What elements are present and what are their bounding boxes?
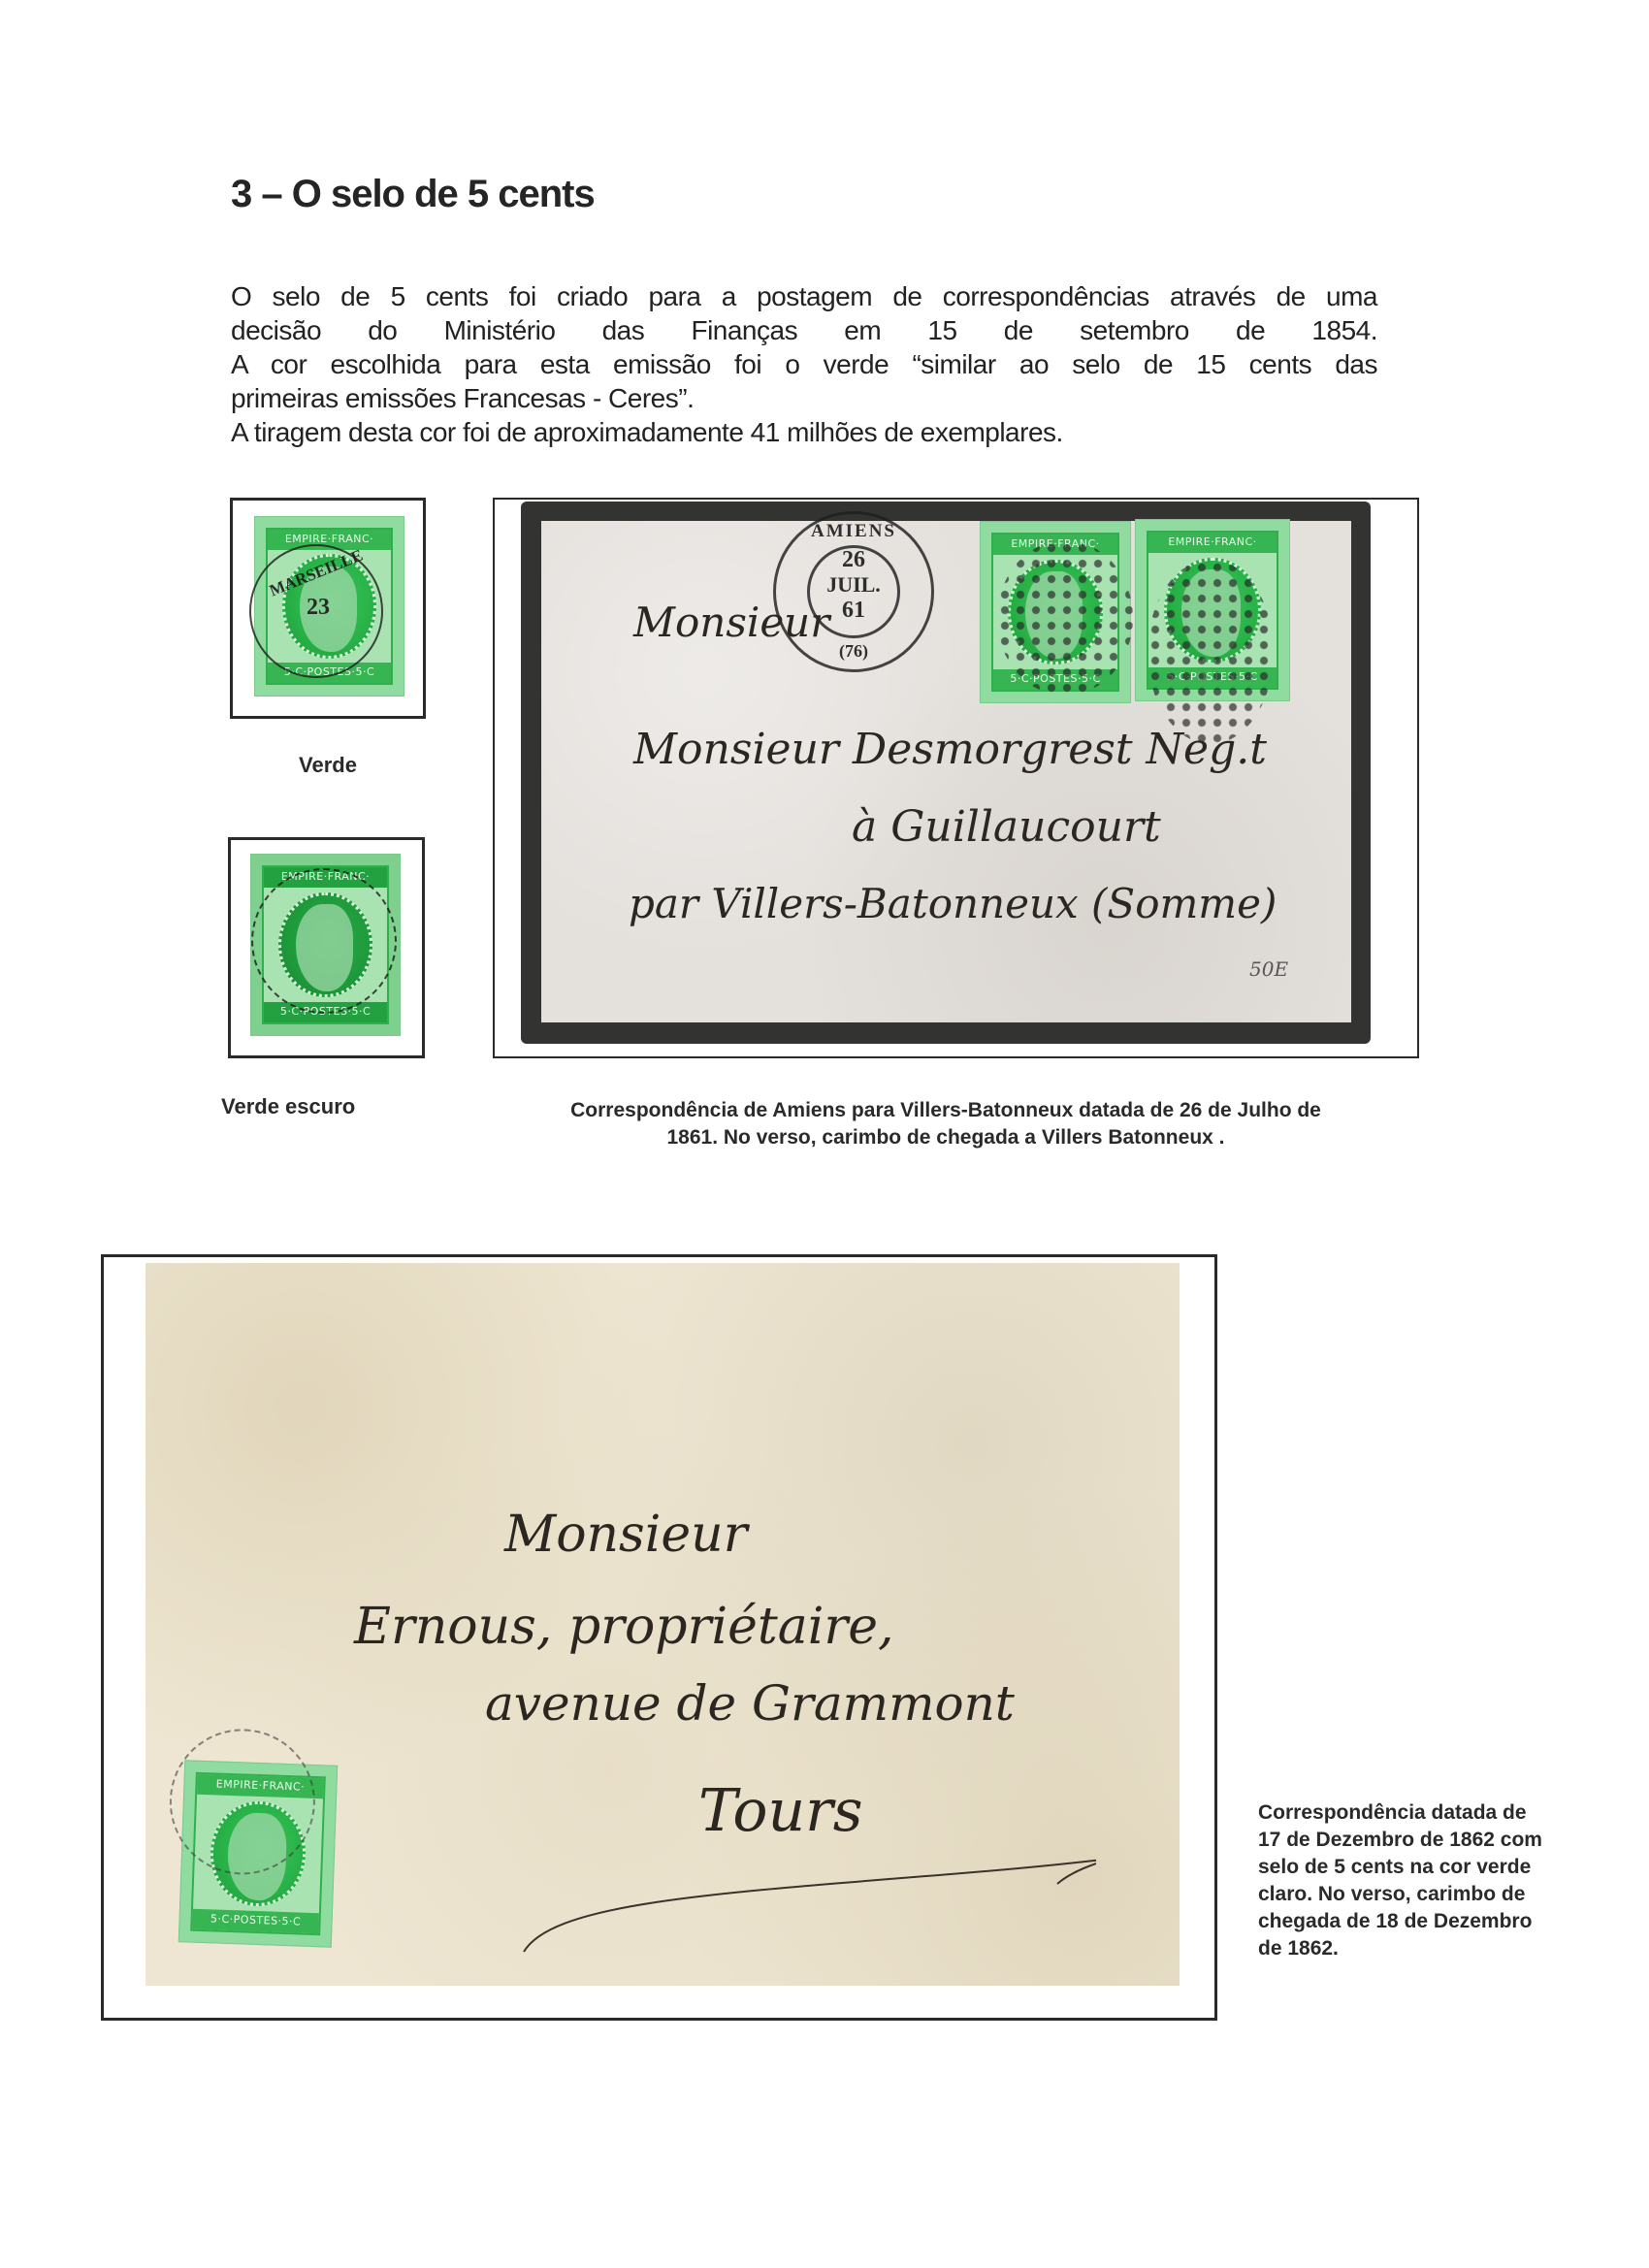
address-line: par Villers-Batonneux (Somme) [629, 880, 1277, 927]
postmark-year: 61 [824, 598, 883, 623]
address-line: Monsieur [633, 599, 829, 646]
page-title: 3 – O selo de 5 cents [231, 173, 595, 216]
stamp-label-verde-escuro: Verde escuro [221, 1094, 396, 1119]
stamp-verde: EMPIRE·FRANC· 5·C·POSTES·5·C MARSEILLE 2… [254, 516, 404, 697]
cover1-envelope: AMIENS 26 JUIL. 61 (76) EMPIRE·FRANC· 5·… [541, 521, 1351, 1022]
pencil-annotation: 50E [1249, 957, 1288, 981]
stamp-verde-escuro: EMPIRE·FRANC· 5·C·POSTES·5·C [250, 854, 401, 1036]
intro-paragraph: O selo de 5 cents foi criado para a post… [231, 279, 1377, 449]
address-line: Tours [698, 1777, 863, 1845]
stamp-label-verde: Verde [230, 753, 426, 778]
postmark-day: 26 [824, 547, 883, 572]
cover1-caption: Correspondência de Amiens para Villers-B… [543, 1097, 1348, 1151]
lozenge-cancel-icon [1148, 560, 1274, 744]
intro-line: A tiragem desta cor foi de aproximadamen… [231, 415, 1377, 449]
intro-line: primeiras emissões Francesas - Ceres”. [231, 381, 1377, 415]
address-line: Monsieur Desmorgrest Neg.t [633, 725, 1267, 774]
postmark-dept: (76) [820, 641, 888, 662]
address-line: Monsieur [504, 1506, 747, 1564]
postmark-town: AMIENS [805, 521, 902, 542]
lozenge-cancel-icon [997, 540, 1133, 696]
stamp-top-text: EMPIRE·FRANC· [1148, 533, 1277, 553]
cover2-envelope: Monsieur Ernous, propriétaire, avenue de… [145, 1263, 1180, 1986]
postmark-month: JUIL. [815, 573, 892, 597]
cover2-caption: Correspondência datada de 17 de Dezembro… [1258, 1799, 1549, 1962]
intro-line: A cor escolhida para esta emissão foi o … [231, 347, 1377, 381]
address-line: avenue de Grammont [485, 1675, 1015, 1732]
cover2-stamp: EMPIRE·FRANC· 5·C·POSTES·5·C [178, 1760, 338, 1947]
address-line: à Guillaucourt [852, 802, 1161, 852]
intro-line: decisão do Ministério das Finanças em 15… [231, 313, 1377, 347]
flourish-underline-icon [514, 1845, 1096, 1961]
stamp-bottom-text: 5·C·POSTES·5·C [192, 1909, 319, 1933]
postmark-day: 23 [294, 595, 342, 621]
postmark-ring-icon [251, 868, 397, 1014]
intro-line: O selo de 5 cents foi criado para a post… [231, 279, 1377, 313]
address-line: Ernous, propriétaire, [354, 1598, 894, 1656]
